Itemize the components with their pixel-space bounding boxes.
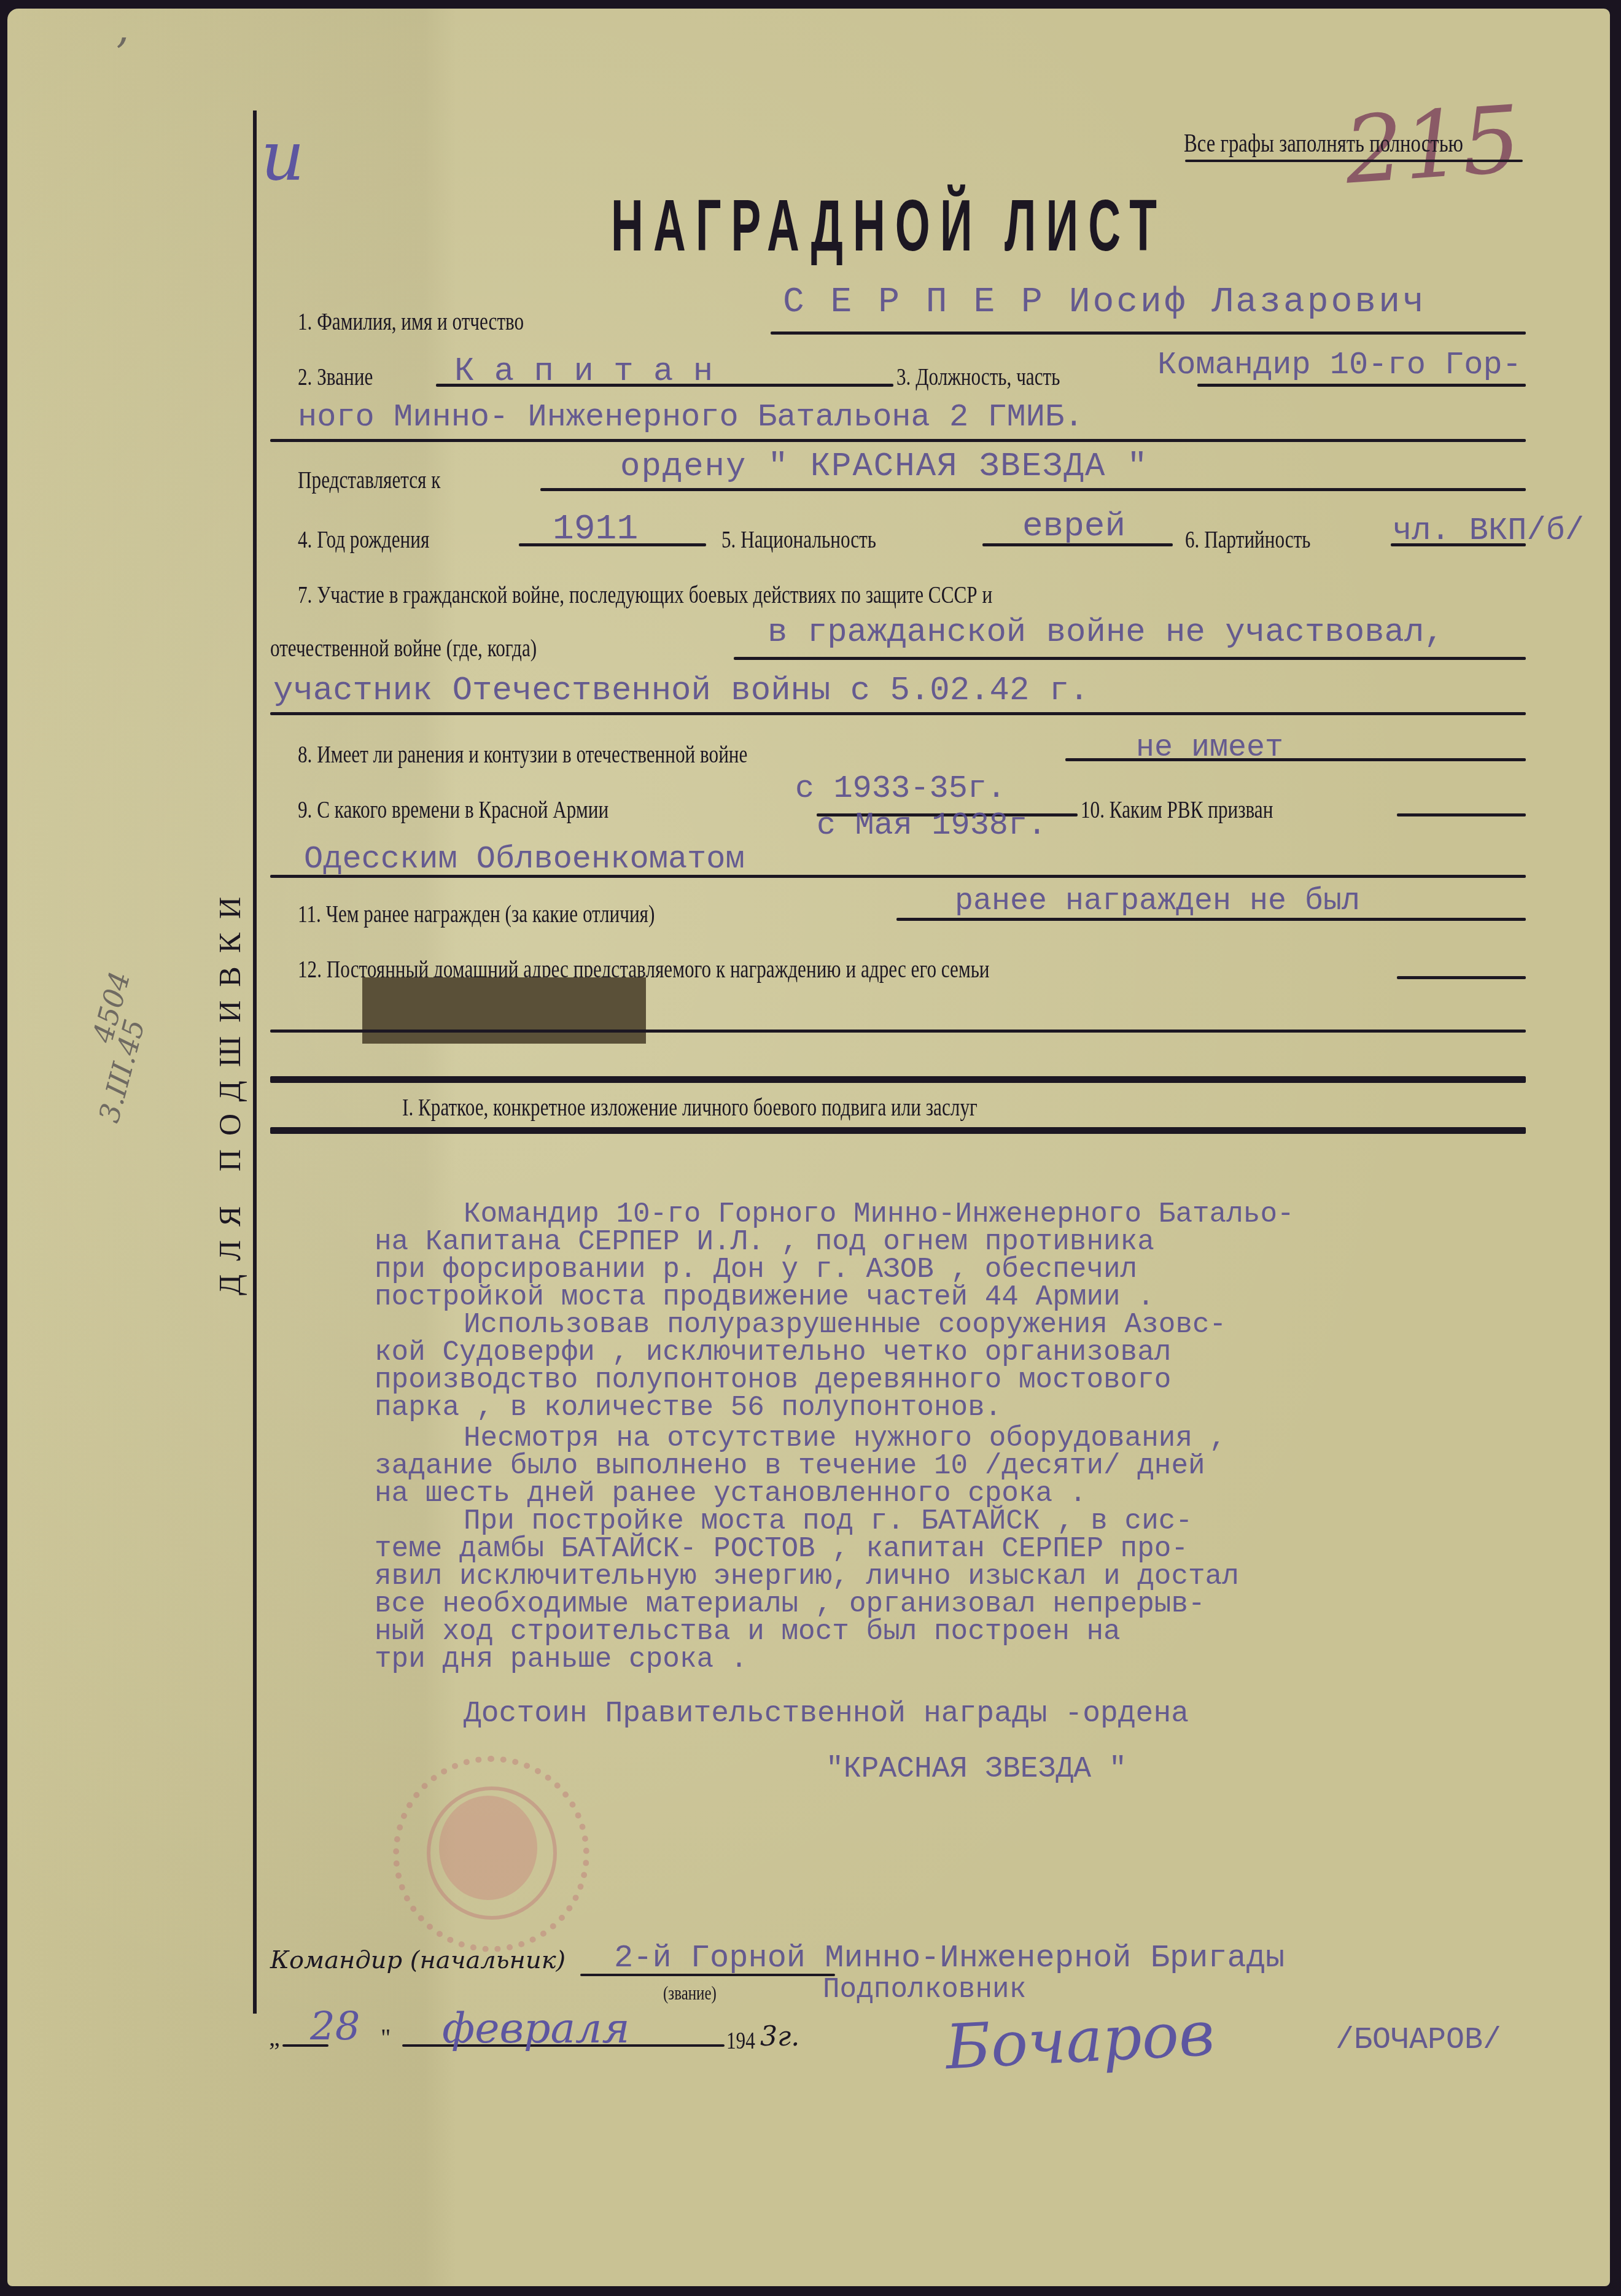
section-bottom-rule [270,1127,1526,1134]
conclusion-line1: Достоин Правительственной награды -орден… [464,1697,1189,1731]
field-1-label: 1. Фамилия, имя и отчество [298,307,524,336]
rank-label: (звание) [663,1982,717,2004]
field-5-value: еврей [1022,506,1125,546]
section-top-rule [270,1076,1526,1083]
field-10-value: Одесским Облвоенкоматом [304,841,745,877]
field-9-label: 9. С какого времени в Красной Армии [298,795,608,824]
field-12-line2 [270,1030,1526,1033]
citation-line: кой Судоверфи , исключительно четко орга… [375,1338,1171,1367]
date-year-suffix: 3г. [760,2021,799,2052]
instruction-note: Все графы заполнять полностью [1184,129,1463,158]
field-3-line [1197,384,1526,387]
binding-label: ДЛЯ ПОДШИВКИ [212,883,247,1295]
field-10-line2 [270,875,1526,878]
conclusion-line2: "КРАСНАЯ ЗВЕЗДА " [826,1753,1127,1786]
field-7-value-line2: участник Отечественной войны с 5.02.42 г… [273,672,1089,710]
commander-label: Командир (начальник) [270,1946,566,1974]
nomination-label: Представляется к [298,465,440,494]
field-11-value: ранее награжден не был [955,884,1360,919]
citation-line: теме дамбы БАТАЙСК- РОСТОВ , капитан СЕР… [375,1535,1188,1563]
commander-signature: Бочаров [944,1998,1216,2084]
citation-line: при форсировании р. Дон у г. АЗОВ , обес… [375,1255,1137,1284]
binding-margin-line [253,111,257,2014]
field-1-value: С Е Р П Е Р Иосиф Лазарович [783,282,1426,322]
coat-of-arms-emblem [439,1796,537,1900]
citation-line: Использовав полуразрушенные сооружения А… [464,1311,1226,1339]
field-10-line1 [1397,813,1526,816]
citation-line: парка , в количестве 56 полупонтонов. [375,1394,1001,1422]
field-8-label: 8. Имеет ли ранения и контузии в отечест… [298,740,747,769]
document-title: НАГРАДНОЙ ЛИСТ [611,184,1167,268]
date-day: 28 [310,2004,360,2050]
date-year-prefix: 194 [726,2026,755,2055]
field-12-line1 [1397,976,1526,979]
field-4-value: 1911 [553,510,638,549]
citation-line: на шесть дней ранее установленного срока… [375,1480,1086,1508]
date-close-quote: " [381,2023,391,2052]
field-2-value: К а п и т а н [454,353,713,390]
citation-line: При постройке моста под г. БАТАЙСК , в с… [464,1507,1192,1535]
field-8-value: не имеет [1136,731,1283,766]
field-10-label: 10. Каким РВК призван [1081,795,1273,824]
signatory-name: /БОЧАРОВ/ [1335,2023,1501,2058]
instruction-underline [1185,160,1523,162]
citation-line: на Капитана СЕРПЕР И.Л. , под огнем прот… [375,1228,1154,1256]
field-5-label: 5. Национальность [721,525,876,554]
field-9-value-line1: с 1933-35г. [795,770,1006,807]
field-3-line2 [270,439,1526,442]
commander-value: 2-й Горной Минно-Инженерной Бригады [614,1940,1285,1976]
field-9-value-line2: с Мая 1938г. [817,807,1046,844]
field-3-value-line1: Командир 10-го Гор- [1157,347,1522,383]
corner-handwritten-mark: и [261,117,305,195]
corner-pencil-mark: ʼ [114,29,127,80]
field-8-line [1065,758,1526,761]
field-7-line2 [270,712,1526,715]
field-2-label: 2. Звание [298,362,373,391]
citation-line: задание было выполнено в течение 10 /дес… [375,1452,1205,1480]
field-3-value-line2: ного Минно- Инженерного Батальона 2 ГМИБ… [298,399,1083,435]
date-month: февраля [442,2004,629,2053]
field-1-line [771,332,1526,335]
citation-line: производство полупонтонов деревянного мо… [375,1366,1171,1394]
field-6-value: чл. ВКП/б/ [1393,513,1584,549]
rank-value: Подполковник [823,1974,1026,2006]
address-redaction [362,977,646,1044]
citation-line: Командир 10-го Горного Минно-Инженерного… [464,1200,1294,1228]
citation-line: все необходимые материалы , организовал … [375,1590,1205,1618]
citation-line: Несмотря на отсутствие нужного оборудова… [464,1424,1226,1452]
date-open-quote: „ [269,2023,280,2052]
field-7-label-line2: отечественной войне (где, когда) [270,634,537,662]
field-7-line1 [734,657,1526,660]
field-3-label: 3. Должность, часть [896,362,1060,391]
nomination-value: ордену " КРАСНАЯ ЗВЕЗДА " [620,448,1148,486]
citation-line: ный ход строительства и мост был построе… [375,1618,1121,1646]
field-7-value-line1: в гражданской войне не участвовал, [768,614,1444,651]
field-7-label-line1: 7. Участие в гражданской войне, последую… [298,580,992,609]
citation-line: три дня раньше срока . [375,1645,747,1674]
field-11-label: 11. Чем ранее награжден (за какие отличи… [298,899,655,928]
section-heading: I. Краткое, конкретное изложение личного… [402,1093,978,1122]
nomination-line [540,488,1526,491]
field-6-label: 6. Партийность [1185,525,1311,554]
field-4-label: 4. Год рождения [298,525,429,554]
citation-line: постройкой моста продвижение частей 44 А… [375,1283,1154,1311]
citation-line: явил исключительную энергию, лично изыск… [375,1562,1239,1591]
